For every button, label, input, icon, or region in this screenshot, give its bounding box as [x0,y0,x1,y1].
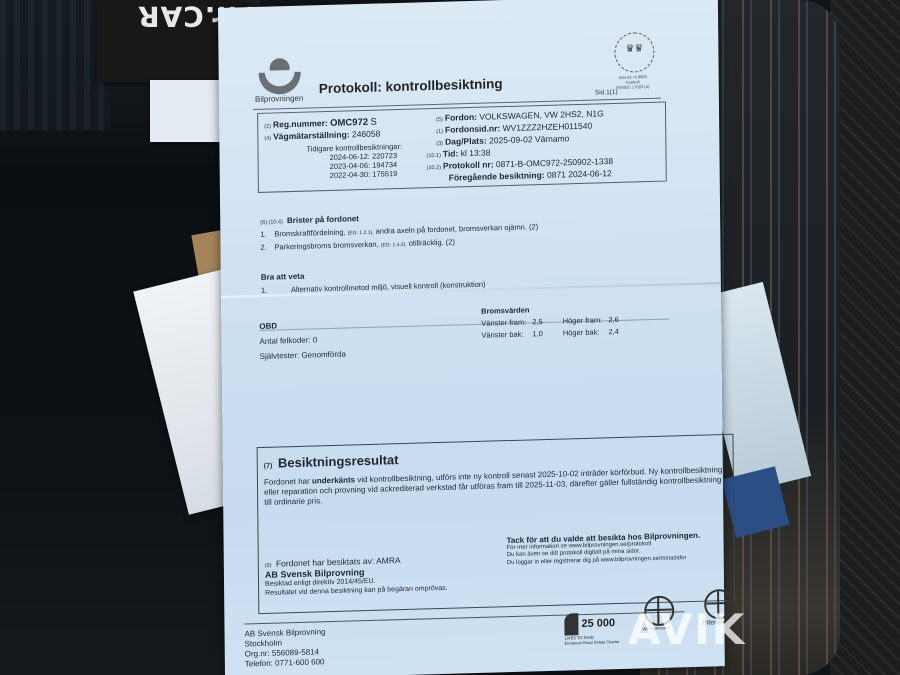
page-number: Sid.1(1) [595,89,618,97]
thanks-note: Tack för att du valde att besikta hos Bi… [507,532,701,567]
road-icon [564,613,578,635]
floor-mat [830,0,900,675]
result-title: (7) Besiktningsresultat [264,452,399,471]
vehicle-info-box: (2)Reg.nummer: OMC972 S (4)Vägmätarställ… [257,102,667,193]
brake-values-section: Bromsvärden Vänster fram:2,5 Höger fram:… [481,302,625,342]
defects-section: (6) (10.4) Brister på fordonet 1.Bromskr… [260,209,538,252]
previous-inspections: Tidigare kontrollbesiktningar: 2024-06-1… [306,142,402,181]
obd-section: OBD Antal felkoder: 0 Självtester: Genom… [259,317,346,364]
swedac-seal-icon: ♛♛ [614,32,654,73]
inspection-time: (10.1)Tid: kl 13:38 [426,147,490,159]
inspected-by: (9) Fordonet har besiktats av: AMRA AB S… [265,555,448,598]
brake-row: Vänster bak:1,0 Höger bak:2,4 [481,326,625,342]
date-place: (3)Dag/Plats: 2025-09-02 Värnamo [436,133,569,147]
company-footer: AB Svensk Bilprovning Stockholm Org.nr: … [245,627,326,669]
document-title: Protokoll: kontrollbesiktning [319,76,503,96]
accreditation-text: Ackred. nr 8000 Kontroll ISO/IEC 17020 (… [611,74,655,90]
road-safety-badge: 25 000 LIVES TO SAVE European Road Safet… [564,612,619,646]
odometer: (4)Vägmätarställning: 246058 [264,129,380,142]
inspection-protocol-document: Bilprovningen Protokoll: kontrollbesiktn… [218,0,725,675]
watermark: AVIK [628,605,746,654]
result-text: Fordonet har underkänts vid kontrollbesi… [264,465,724,508]
logo-text: Bilprovningen [255,94,304,104]
previous-inspection: Föregående besiktning: 0871 2024-06-12 [449,168,612,183]
seat-fabric-stripes [0,0,110,130]
inspection-result-box: (7) Besiktningsresultat Fordonet har und… [257,434,736,614]
